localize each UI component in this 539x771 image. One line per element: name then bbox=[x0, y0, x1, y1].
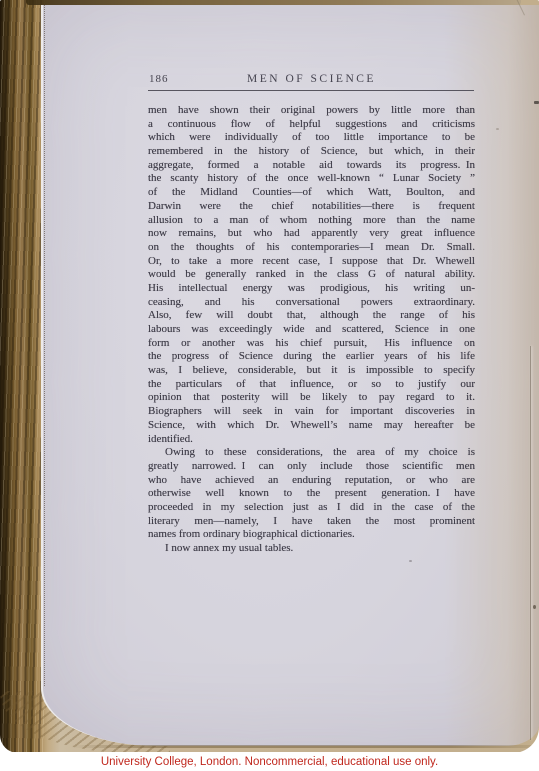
page-edge-stack bbox=[0, 0, 46, 753]
page-body: men have shown their original powers by … bbox=[148, 104, 475, 556]
text-line: form or another was his chief pursuit, H… bbox=[148, 337, 475, 351]
text-line: ceasing, and his conversational powers e… bbox=[148, 296, 475, 310]
text-line: Or, to take a more recent case, I suppos… bbox=[148, 255, 475, 269]
text-line: aggregate, formed a notable aid towards … bbox=[148, 159, 475, 173]
caption-text: University College, London. Noncommercia… bbox=[101, 756, 438, 768]
text-line: was, I believe, considerable, but it is … bbox=[148, 364, 475, 378]
page-fold-line bbox=[530, 346, 531, 740]
text-line: remembered in the history of Science, bu… bbox=[148, 145, 475, 159]
text-line: proceeded in my selection just as I did … bbox=[148, 501, 475, 515]
text-line: names from ordinary biographical diction… bbox=[148, 528, 475, 542]
text-line: on the thoughts of his contemporaries—I … bbox=[148, 241, 475, 255]
header-rule bbox=[148, 90, 474, 91]
text-line: now remains, but who had apparently very… bbox=[148, 227, 475, 241]
text-line: the progress of Science during the earli… bbox=[148, 350, 475, 364]
ink-speck bbox=[496, 128, 499, 130]
text-line: greatly narrowed. I can only include tho… bbox=[148, 460, 475, 474]
text-line: His intellectual energy was prodigious, … bbox=[148, 282, 475, 296]
ink-speck bbox=[534, 101, 539, 104]
text-line: allusion to a man of whom nothing more t… bbox=[148, 214, 475, 228]
text-line: the scanty history of the once well-know… bbox=[148, 172, 475, 186]
text-line: which were individually of too little im… bbox=[148, 131, 475, 145]
text-line: who have achieved an enduring reputation… bbox=[148, 474, 475, 488]
text-line: labours was exceedingly wide and scatter… bbox=[148, 323, 475, 337]
text-line: identified. bbox=[148, 433, 475, 447]
text-line: would be generally ranked in the class G… bbox=[148, 268, 475, 282]
text-line: men have shown their original powers by … bbox=[148, 104, 475, 118]
ink-speck bbox=[409, 560, 412, 562]
running-title: MEN OF SCIENCE bbox=[148, 73, 475, 86]
text-line: opinion that posterity will be likely to… bbox=[148, 391, 475, 405]
text-line: Biographers will seek in vain for import… bbox=[148, 405, 475, 419]
text-line: a continuous flow of helpful suggestions… bbox=[148, 118, 475, 132]
text-line: literary men—namely, I have taken the mo… bbox=[148, 515, 475, 529]
text-line: Owing to these considerations, the area … bbox=[148, 446, 475, 460]
text-line: the particulars of that influence, or so… bbox=[148, 378, 475, 392]
text-line: I now annex my usual tables. bbox=[148, 542, 475, 556]
text-line: Darwin were the chief notabilities—there… bbox=[148, 200, 475, 214]
scanned-book-viewer: 186 MEN OF SCIENCE men have shown their … bbox=[0, 0, 539, 771]
bottom-edge-shadow bbox=[70, 745, 533, 748]
footer-caption-bar: University College, London. Noncommercia… bbox=[0, 752, 539, 771]
text-line: otherwise well known to the present gene… bbox=[148, 487, 475, 501]
text-line: Science, with which Dr. Whewell’s name m… bbox=[148, 419, 475, 433]
text-line: Also, few will doubt that, although the … bbox=[148, 309, 475, 323]
text-line: of the Midland Counties—of which Watt, B… bbox=[148, 186, 475, 200]
page-header: 186 MEN OF SCIENCE bbox=[148, 73, 475, 87]
ink-speck bbox=[533, 605, 536, 609]
